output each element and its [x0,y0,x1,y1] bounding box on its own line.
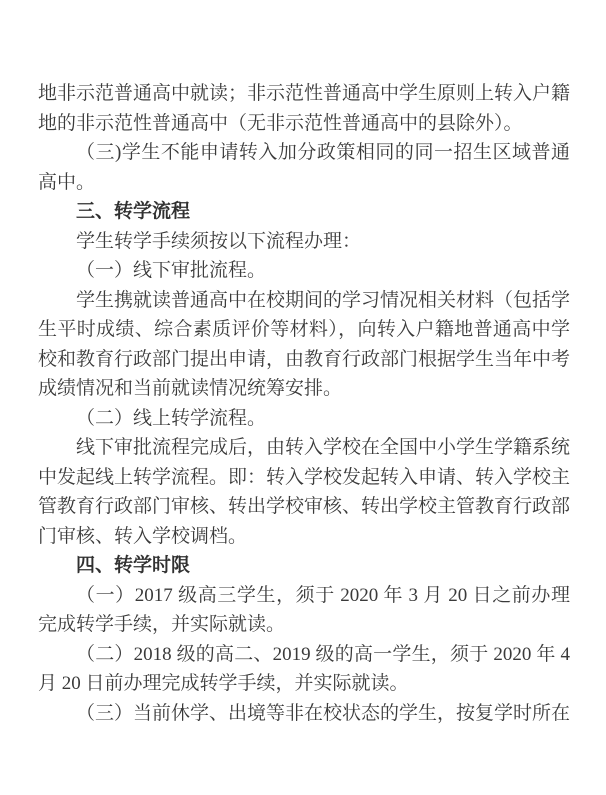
paragraph: （二）线上转学流程。 [38,404,570,434]
document-page: 地非示范普通高中就读；非示范性普通高中学生原则上转入户籍地的非示范性普通高中（无… [0,0,606,795]
paragraph: （二）2018 级的高二、2019 级的高一学生，须于 2020 年 4 月 2… [38,640,570,699]
paragraph: （三）当前休学、出境等非在校状态的学生，按复学时所在 [38,699,570,729]
paragraph: 地非示范普通高中就读；非示范性普通高中学生原则上转入户籍地的非示范性普通高中（无… [38,79,570,138]
paragraph: 学生携就读普通高中在校期间的学习情况相关材料（包括学生平时成绩、综合素质评价等材… [38,286,570,404]
paragraph: （一）线下审批流程。 [38,256,570,286]
paragraph: 学生转学手续须按以下流程办理： [38,227,570,257]
section-heading: 三、转学流程 [38,197,570,227]
paragraph: 线下审批流程完成后，由转入学校在全国中小学生学籍系统中发起线上转学流程。即：转入… [38,433,570,551]
paragraph: （三)学生不能申请转入加分政策相同的同一招生区域普通高中。 [38,138,570,197]
document-body: 地非示范普通高中就读；非示范性普通高中学生原则上转入户籍地的非示范性普通高中（无… [38,79,570,728]
paragraph: （一）2017 级高三学生，须于 2020 年 3 月 20 日之前办理完成转学… [38,581,570,640]
section-heading: 四、转学时限 [38,551,570,581]
